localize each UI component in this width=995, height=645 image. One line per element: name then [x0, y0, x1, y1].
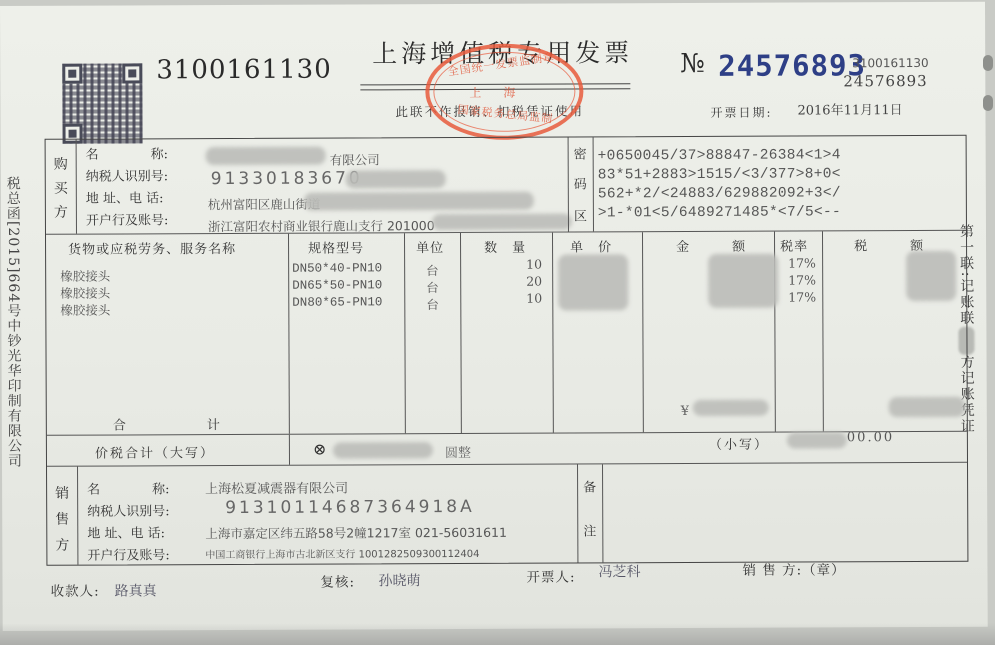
seller-seal-label: 销 售 方:（章）	[742, 558, 845, 578]
seller-address: 上海市嘉定区纬五路58号2幢1217室 021-56031611	[205, 523, 507, 542]
buyer-tax-id: 91330183670	[211, 168, 363, 189]
total-sum-section: 价税合计（大写） ⊗ 圆整 （小写） 00.00	[47, 432, 967, 467]
payee-name: 路真真	[115, 580, 157, 600]
binding-hole	[983, 55, 993, 71]
issuer-label: 开票人:	[526, 565, 575, 585]
redacted-block	[558, 254, 628, 310]
binding-hole	[983, 95, 993, 111]
header-amount: 金 额	[676, 236, 746, 255]
capital-symbol: ⊗	[313, 440, 326, 459]
buyer-name: 有限公司	[330, 150, 380, 168]
redacted-block	[346, 170, 446, 188]
seller-name-label: 名 称:	[87, 478, 169, 497]
cipher-line: 83*51+2883>1515/<3/377>8+0<	[598, 165, 841, 185]
buyer-tag-char: 方	[54, 202, 68, 222]
seller-tag-char: 方	[55, 535, 69, 555]
buyer-tag-char: 购	[54, 154, 68, 174]
redacted-block	[432, 214, 572, 231]
item-unit: 台	[426, 261, 439, 279]
buyer-name-label: 名 称:	[86, 143, 168, 162]
header-spec: 规格型号	[308, 237, 364, 256]
seller-name: 上海松夏减震器有限公司	[205, 477, 348, 497]
total-label: 计	[207, 414, 220, 433]
buyer-bank: 浙江富阳农村商业银行鹿山支行 201000	[208, 216, 435, 235]
seller-taxid-label: 纳税人识别号:	[87, 500, 169, 519]
item-qty: 10	[526, 257, 542, 272]
seller-bank: 中国工商银行上海市古北新区支行 1001282509300112404	[205, 545, 479, 561]
buyer-bank-label: 开户行及账号:	[86, 209, 168, 228]
item-spec: DN65*50-PN10	[292, 278, 382, 292]
invoice-form: 购 买 方 名 称: 纳税人识别号: 地 址、电 话: 开户行及账号: 有限公司…	[45, 135, 969, 566]
header-price: 单 价	[570, 236, 612, 255]
item-unit: 台	[426, 295, 439, 313]
issue-date-label: 开票日期:	[710, 104, 772, 121]
cipher-tag-char: 区	[574, 205, 587, 224]
stamp-text-middle: 上海	[469, 84, 537, 101]
currency-symbol: ¥	[681, 404, 689, 419]
buyer-section: 购 买 方 名 称: 纳税人识别号: 地 址、电 话: 开户行及账号: 有限公司…	[46, 136, 966, 235]
capital-suffix: 圆整	[445, 442, 471, 461]
seller-tag: 销 售 方	[47, 467, 78, 565]
issuer-name: 冯芝科	[598, 561, 640, 581]
item-name: 橡胶接头	[60, 301, 110, 319]
qr-finder-icon	[62, 64, 82, 84]
remark-tag: 备 注	[577, 464, 603, 562]
seller-bank-label: 开户行及账号:	[87, 544, 169, 563]
item-name: 橡胶接头	[60, 284, 110, 302]
buyer-address-label: 地 址、电 话:	[86, 187, 164, 206]
issue-date: 2016年11月11日	[797, 99, 902, 118]
redacted-block	[906, 251, 956, 301]
buyer-tag-char: 买	[54, 178, 68, 198]
official-stamp: 全国统一发票监制章 上海 国家税务总局监制	[425, 43, 583, 140]
redacted-block	[693, 400, 769, 416]
cipher-line: >1-*01<5/6489271485*<7/5<--	[598, 203, 841, 223]
payee-label: 收款人:	[51, 580, 100, 600]
buyer-tag: 购 买 方	[46, 140, 77, 234]
printed-invoice-code: 3100161130	[852, 56, 928, 70]
redacted-block	[206, 147, 326, 166]
invoice-code: 3100161130	[156, 55, 332, 86]
header-rate: 税率	[780, 235, 808, 254]
redacted-block	[304, 192, 534, 211]
sum-small-label: （小写）	[709, 434, 769, 453]
redacted-block	[333, 442, 433, 458]
cipher-tag-char: 密	[574, 143, 587, 162]
header-unit: 单位	[416, 237, 444, 256]
item-rate: 17%	[788, 255, 816, 270]
remark-tag-char: 注	[583, 520, 596, 539]
reviewer-label: 复核:	[320, 570, 355, 590]
item-spec: DN80*65-PN10	[292, 295, 382, 309]
printed-invoice-number: 24576893	[843, 72, 927, 90]
printer-note: 税总函[2015]664号中钞光华印制有限公司	[7, 176, 24, 468]
qr-code	[62, 63, 142, 143]
sum-capital-label: 价税合计（大写）	[95, 442, 215, 462]
bottom-shadow	[0, 623, 995, 645]
seller-section: 销 售 方 名 称: 纳税人识别号: 地 址、电 话: 开户行及账号: 上海松夏…	[47, 463, 967, 565]
redacted-block	[787, 432, 847, 448]
seller-address-label: 地 址、电 话:	[87, 522, 165, 541]
item-qty: 20	[526, 274, 542, 289]
buyer-taxid-label: 纳税人识别号:	[86, 165, 168, 184]
redacted-block	[708, 254, 778, 308]
qr-finder-icon	[122, 63, 142, 83]
item-unit: 台	[426, 278, 439, 296]
invoice-paper: 3100161130 上海增值税专用发票 此联不作报销、扣税凭证使用 全国统一发…	[0, 2, 988, 631]
sum-small-value: 00.00	[847, 430, 894, 445]
remark-tag-char: 备	[583, 476, 596, 495]
total-label: 合	[113, 414, 126, 433]
seller-tax-id: 91310114687364918A	[225, 497, 475, 518]
col-name	[46, 234, 290, 435]
cipher-line: +0650045/37>88847-26384<1>4	[598, 146, 841, 166]
redacted-block	[889, 397, 965, 417]
item-qty: 10	[526, 291, 542, 306]
cipher-area: +0650045/37>88847-26384<1>4 83*51+2883>1…	[598, 146, 841, 223]
item-spec: DN50*40-PN10	[292, 261, 382, 275]
seller-tag-char: 销	[55, 483, 69, 503]
cipher-tag-char: 码	[574, 173, 587, 192]
seller-tag-char: 售	[55, 509, 69, 529]
reviewer-name: 孙晓萌	[378, 570, 420, 590]
cipher-line: 562+*2/<24883/629882092+3</	[598, 184, 841, 204]
cipher-tag: 密 码 区	[568, 137, 594, 231]
number-sign: №	[680, 49, 705, 79]
items-section: 货物或应税劳务、服务名称 规格型号 单位 数 量 单 价 金 额 税率 税 额 …	[46, 231, 967, 436]
header-name: 货物或应税劳务、服务名称	[68, 238, 236, 258]
item-name: 橡胶接头	[60, 267, 110, 285]
remark-field	[603, 463, 967, 563]
item-rate: 17%	[788, 272, 816, 287]
item-rate: 17%	[788, 289, 816, 304]
header-qty: 数 量	[484, 237, 526, 256]
